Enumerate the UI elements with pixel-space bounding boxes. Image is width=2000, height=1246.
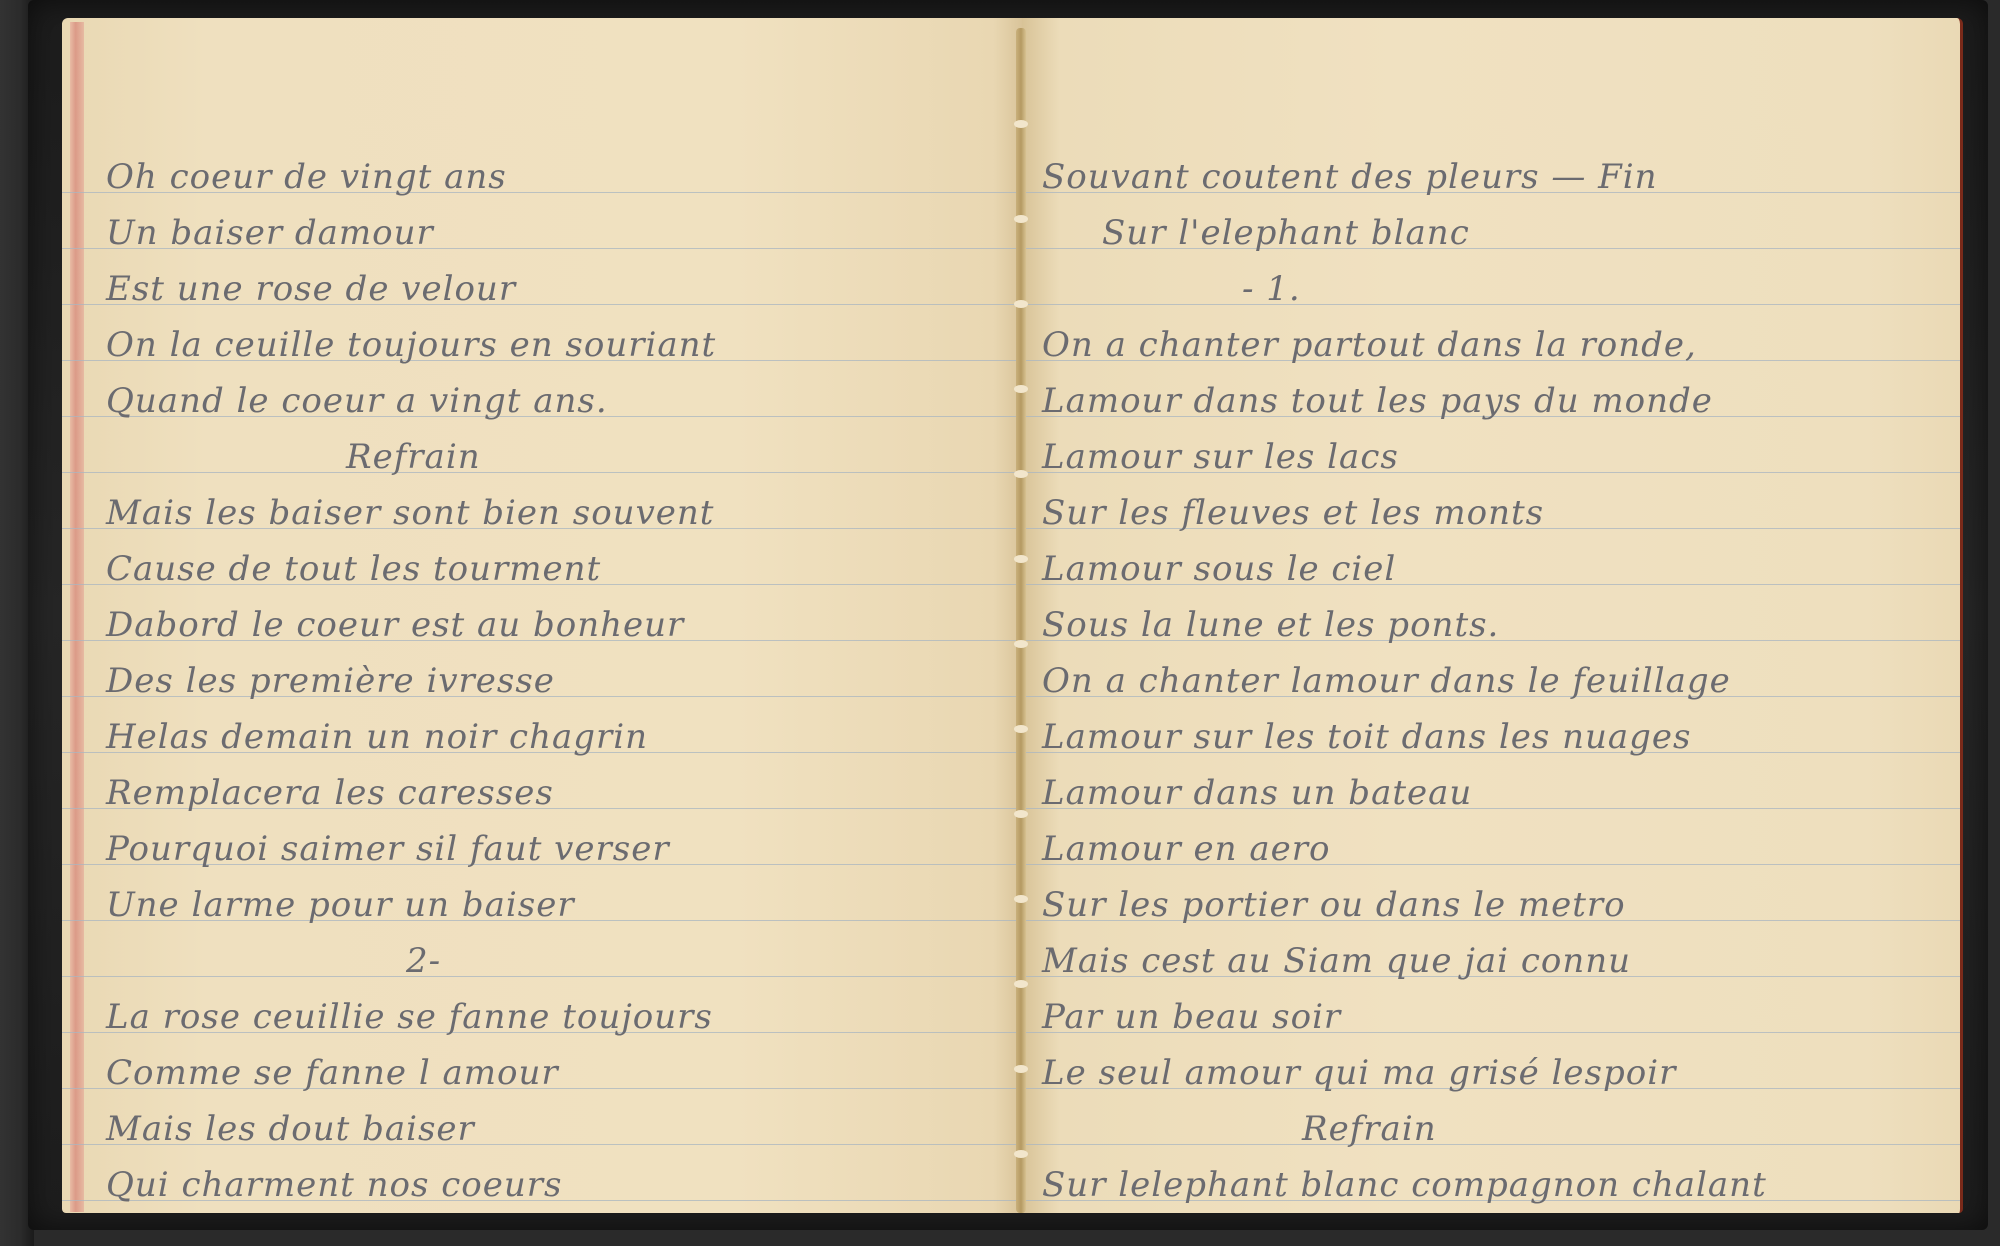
handwritten-line: On la ceuille toujours en souriant [106,328,716,362]
stitch-hole [1014,385,1028,393]
rule-line [62,976,1022,977]
handwritten-line: Sur les portier ou dans le metro [1042,888,1626,922]
handwritten-line: Lamour sous le ciel [1042,552,1396,586]
rule-line [1022,1144,1960,1145]
stitch-hole [1014,1065,1028,1073]
rule-line [62,472,1022,473]
handwritten-line: Par un beau soir [1042,1000,1341,1034]
handwritten-line: Sur l'elephant blanc [1102,216,1470,250]
stitch-hole [1014,725,1028,733]
handwritten-line: Lamour en aero [1042,832,1330,866]
stitch-hole [1014,120,1028,128]
refrain-heading: Refrain [346,440,481,474]
handwritten-line: Cause de tout les tourment [106,552,601,586]
refrain-heading: Refrain [1302,1112,1437,1146]
rule-line [1022,304,1960,305]
stitch-hole [1014,895,1028,903]
handwritten-line: Oh coeur de vingt ans [106,160,507,194]
handwritten-line: Helas demain un noir chagrin [106,720,648,754]
handwritten-line: La rose ceuillie se fanne toujours [106,1000,713,1034]
handwritten-line: Sous la lune et les ponts. [1042,608,1499,642]
stitch-hole [1014,470,1028,478]
left-page: Oh coeur de vingt ansUn baiser damourEst… [62,18,1022,1213]
page-edge-red-stain [70,22,84,1212]
notebook-spine [1016,28,1026,1213]
handwritten-line: Qui charment nos coeurs [106,1168,563,1202]
stitch-hole [1014,810,1028,818]
handwritten-line: Mais les baiser sont bien souvent [106,496,714,530]
handwritten-line: Quand le coeur a vingt ans. [106,384,608,418]
handwritten-line: Comme se fanne l amour [106,1056,559,1090]
handwritten-line: Sur les fleuves et les monts [1042,496,1544,530]
handwritten-line: Mais cest au Siam que jai connu [1042,944,1631,978]
stitch-hole [1014,300,1028,308]
handwritten-line: On a chanter lamour dans le feuillage [1042,664,1731,698]
handwritten-line: Mais les dout baiser [106,1112,475,1146]
handwritten-line: Des les première ivresse [106,664,555,698]
handwritten-line: Lamour dans un bateau [1042,776,1472,810]
handwritten-line: - 1. [1242,272,1301,306]
handwritten-line: Lamour sur les toit dans les nuages [1042,720,1692,754]
handwritten-line: Le seul amour qui ma grisé lespoir [1042,1056,1676,1090]
stitch-hole [1014,215,1028,223]
handwritten-line: Pourquoi saimer sil faut verser [106,832,670,866]
handwritten-line: Souvant coutent des pleurs — Fin [1042,160,1658,194]
stitch-hole [1014,1150,1028,1158]
handwritten-line: Est une rose de velour [106,272,516,306]
handwritten-line: Lamour sur les lacs [1042,440,1399,474]
handwritten-line: On a chanter partout dans la ronde, [1042,328,1697,362]
handwritten-line: Lamour dans tout les pays du monde [1042,384,1713,418]
handwritten-line: Un baiser damour [106,216,434,250]
stitch-hole [1014,555,1028,563]
stitch-hole [1014,640,1028,648]
handwritten-line: 2- [406,944,441,978]
stitch-hole [1014,980,1028,988]
handwritten-line: Dabord le coeur est au bonheur [106,608,684,642]
handwritten-line: Sur lelephant blanc compagnon chalant [1042,1168,1767,1202]
handwritten-line: Une larme pour un baiser [106,888,575,922]
right-page: Souvant coutent des pleurs — FinSur l'el… [1022,18,1963,1213]
handwritten-line: Remplacera les caresses [106,776,554,810]
